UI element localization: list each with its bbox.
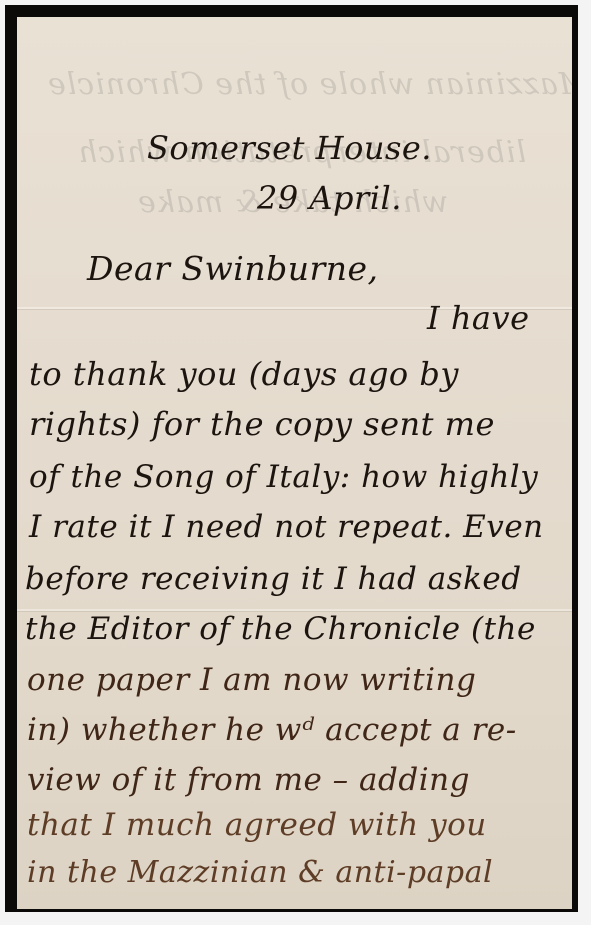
letter-body-line: I have xyxy=(427,299,530,337)
letter-body-line: of the Song of Italy: how highly xyxy=(29,459,538,495)
letter-body-line: in) whether he wᵈ accept a re- xyxy=(27,712,517,748)
letter-body-line: in the Mazzinian & anti-papal xyxy=(27,855,493,890)
letter-date: 29 April. xyxy=(257,179,402,217)
letter-salutation: Dear Swinburne, xyxy=(87,249,379,288)
document-frame: Mazzinian whole of the Chronicle liberal… xyxy=(5,5,578,912)
letter-body-line: rights) for the copy sent me xyxy=(29,405,495,443)
letter-body-line: view of it from me – adding xyxy=(27,762,470,798)
letter-body-line: that I much agreed with you xyxy=(27,807,487,843)
letter-body-line: I rate it I need not repeat. Even xyxy=(29,509,544,545)
letter-body-line: to thank you (days ago by xyxy=(29,355,459,393)
bleed-through-text: Mazzinian whole of the Chronicle xyxy=(47,67,572,102)
letter-body-line: before receiving it I had asked xyxy=(25,561,522,597)
letter-address: Somerset House. xyxy=(147,129,432,167)
letter-body-line: one paper I am now writing xyxy=(27,662,476,698)
letter-paper: Mazzinian whole of the Chronicle liberal… xyxy=(17,17,572,909)
letter-body-line: the Editor of the Chronicle (the xyxy=(25,611,536,647)
